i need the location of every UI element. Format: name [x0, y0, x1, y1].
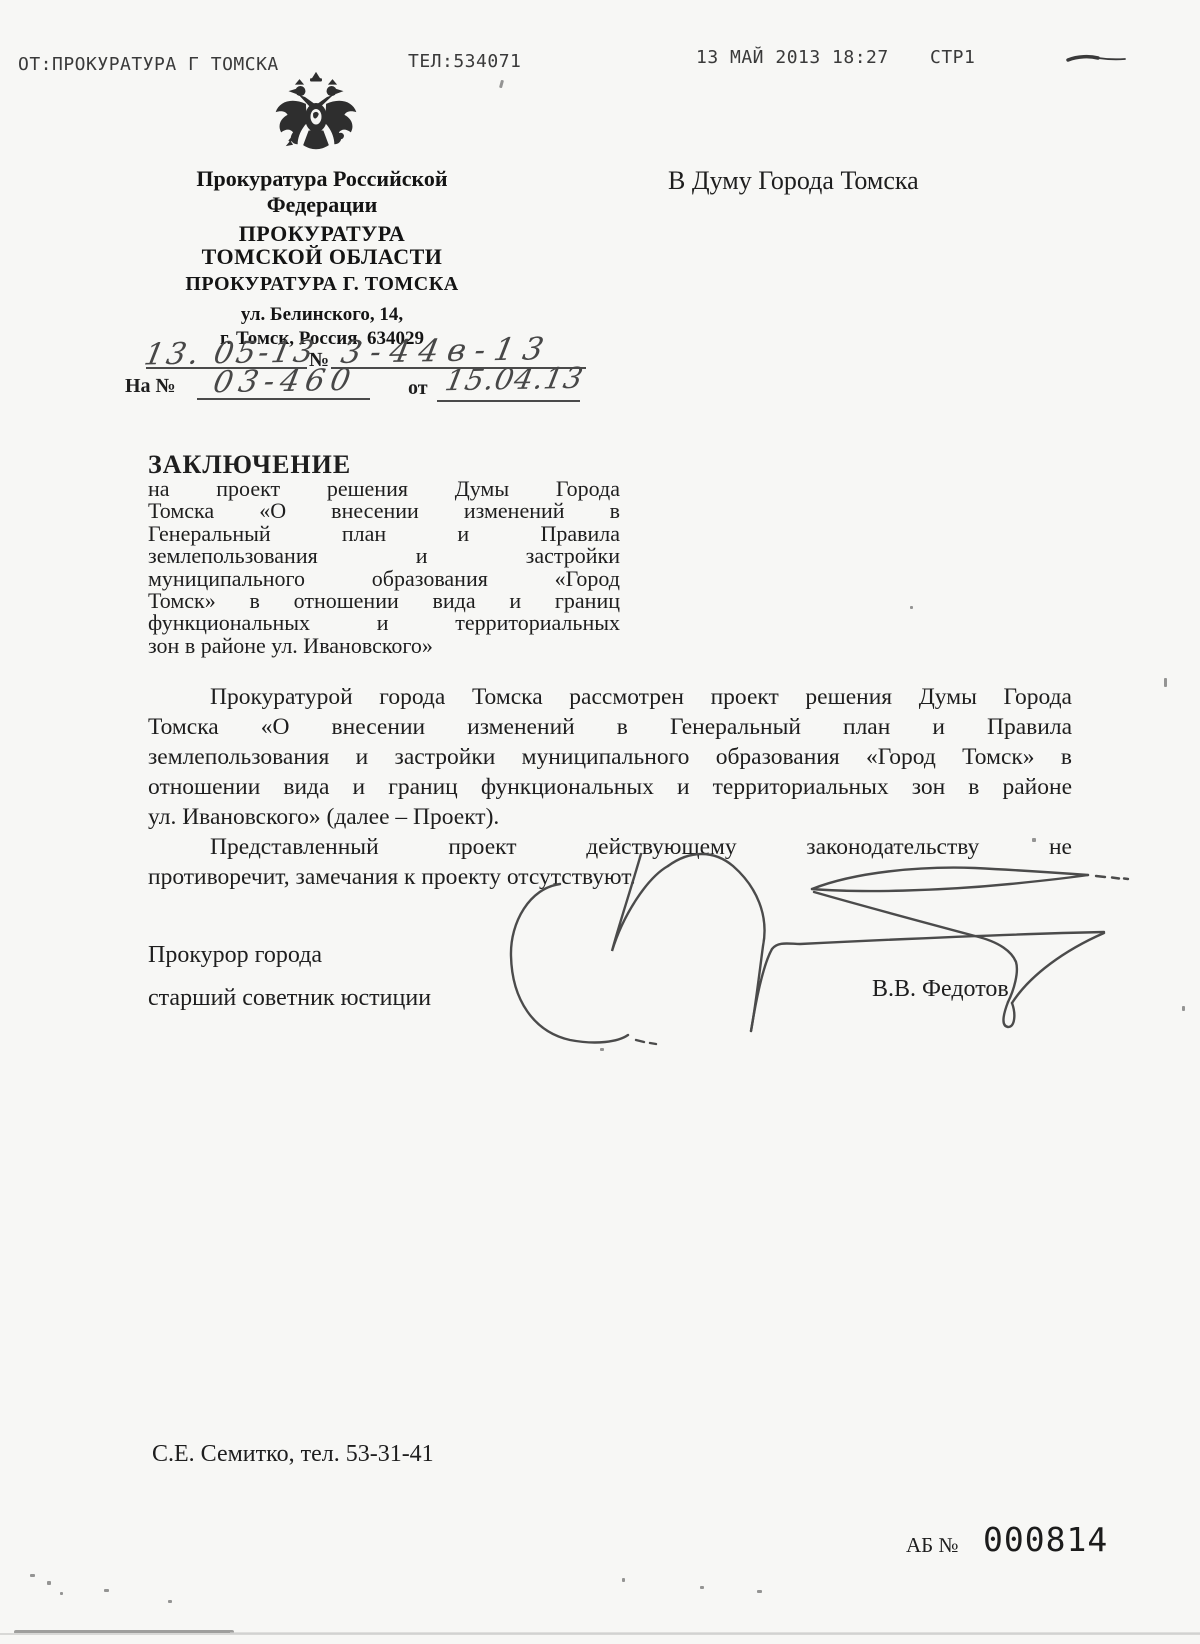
subject-line: Генеральный план и Правила	[148, 523, 620, 545]
subject-line: на проект решения Думы Города	[148, 478, 620, 500]
form-series-label: АБ №	[906, 1533, 959, 1558]
scan-speck	[1032, 838, 1036, 842]
fax-datetime: 13 МАЙ 2013 18:27	[696, 47, 889, 68]
fax-page-number: СТР1	[930, 47, 975, 68]
scan-speck	[600, 1048, 604, 1051]
executor-contact: С.Е. Семитко, тел. 53-31-41	[152, 1441, 434, 1468]
scan-speck	[60, 1592, 63, 1595]
scan-bottom-edge-faint	[230, 1632, 1200, 1634]
scan-speck	[757, 1590, 762, 1593]
body-line: Томска «О внесении изменений в Генеральн…	[148, 712, 1072, 742]
scan-speck	[1182, 1006, 1185, 1011]
subject-line: Томска «О внесении изменений в	[148, 500, 620, 522]
letterhead-address-line1: ул. Белинского, 14,	[147, 304, 497, 326]
incoming-date-underline	[437, 400, 580, 402]
scan-speck	[1164, 678, 1167, 687]
subject-line: зон в районе ул. Ивановского»	[148, 635, 620, 657]
scan-speck	[30, 1574, 35, 1577]
handwritten-signature	[495, 828, 1145, 1053]
incoming-from-label: от	[408, 377, 428, 400]
subject-line: землепользования и застройки	[148, 545, 620, 567]
document-subject: на проект решения Думы Города Томска «О …	[148, 478, 620, 657]
scanned-fax-document: ОТ:ПРОКУРАТУРА Г ТОМСКА ТЕЛ:534071 13 МА…	[0, 0, 1200, 1644]
letterhead-city-org: ПРОКУРАТУРА Г. ТОМСКА	[147, 273, 497, 296]
incoming-number-handwritten: 03-460	[210, 363, 359, 400]
letterhead-org-line2: ТОМСКОЙ ОБЛАСТИ	[147, 244, 497, 270]
letterhead-parent-org-line2: Федерации	[147, 192, 497, 218]
form-number-stamp: 000814	[983, 1520, 1108, 1559]
incoming-ref-label: На №	[125, 375, 176, 398]
fax-scan-dash-mark	[1066, 52, 1128, 66]
scan-speck	[104, 1589, 109, 1592]
scan-speck	[910, 606, 913, 609]
incoming-date-handwritten: 15.04.13	[442, 361, 586, 397]
double-headed-eagle-emblem-icon	[270, 70, 362, 158]
signer-position-line1: Прокурор города	[148, 942, 322, 969]
signer-position-line2: старший советник юстиции	[148, 985, 431, 1012]
scan-speck	[700, 1586, 704, 1589]
body-line: отношении вида и границ функциональных и…	[148, 772, 1072, 802]
subject-line: Томск» в отношении вида и границ	[148, 590, 620, 612]
body-line: землепользования и застройки муниципальн…	[148, 742, 1072, 772]
incoming-number-underline	[197, 398, 370, 400]
scan-speck	[47, 1581, 51, 1585]
scan-speck	[168, 1600, 172, 1603]
scan-speck	[499, 80, 504, 89]
scan-speck	[622, 1578, 625, 1582]
addressee: В Думу Города Томска	[668, 166, 919, 196]
fax-sender: ОТ:ПРОКУРАТУРА Г ТОМСКА	[18, 54, 279, 75]
letterhead-parent-org-line1: Прокуратура Российской	[147, 166, 497, 192]
subject-line: функциональных и территориальных	[148, 612, 620, 634]
subject-line: муниципального образования «Город	[148, 568, 620, 590]
body-line: Прокуратурой города Томска рассмотрен пр…	[148, 682, 1072, 712]
fax-phone: ТЕЛ:534071	[408, 51, 521, 72]
